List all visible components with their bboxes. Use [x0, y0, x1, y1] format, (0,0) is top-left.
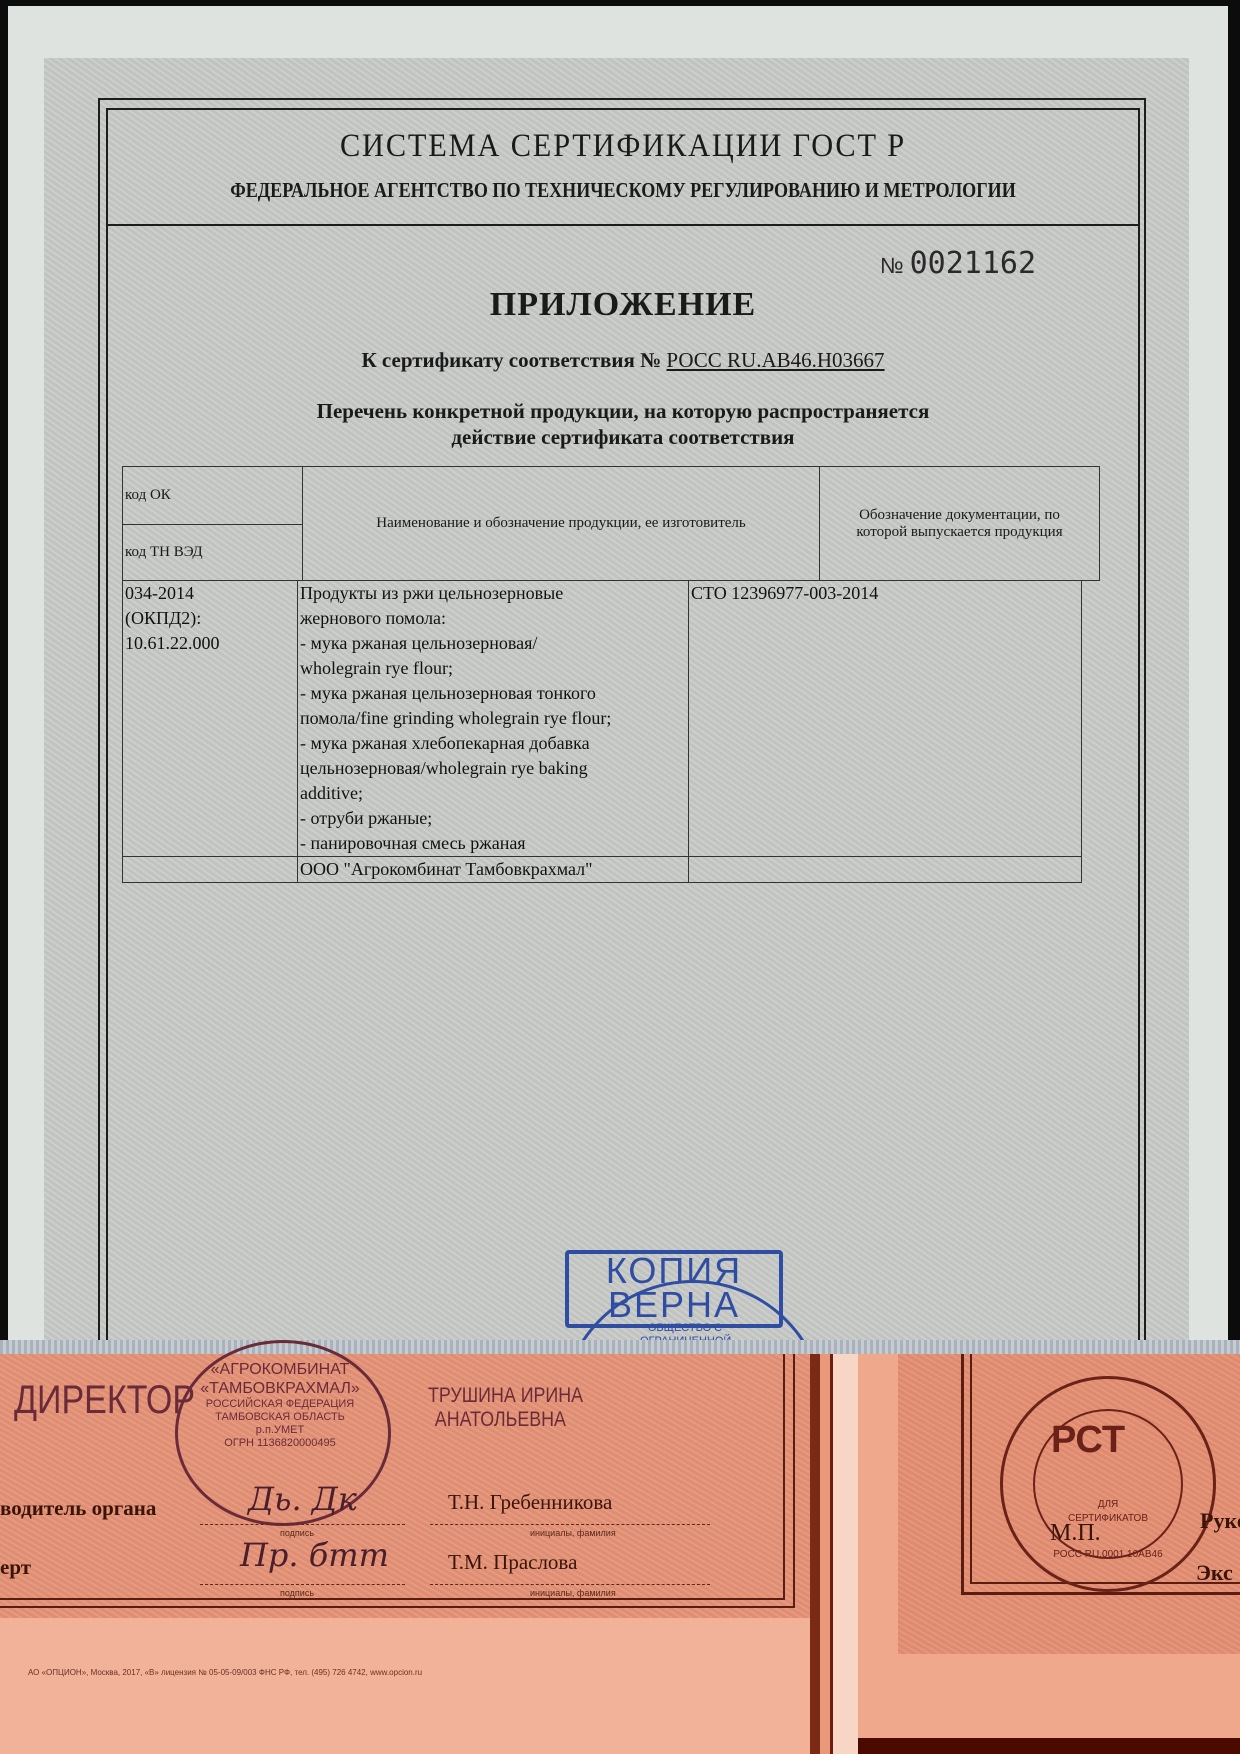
head-name-caption: инициалы, фамилия — [530, 1528, 616, 1538]
printer-footnote: АО «ОПЦИОН», Москва, 2017, «В» лицензия … — [28, 1668, 422, 1677]
head-signature: Дь. Дк — [248, 1480, 357, 1518]
product-line: - отруби ржаные; — [300, 806, 688, 831]
copy-stamp-line2: ВЕРНА — [569, 1288, 779, 1322]
head-name-line — [430, 1524, 710, 1525]
scan-glitch-band — [0, 1340, 1240, 1354]
list-title: Перечень конкретной продукции, на котору… — [106, 398, 1140, 450]
product-line: - мука ржаная хлебопекарная добавка — [300, 731, 688, 756]
company-seal-line5: р.п.УМЕТ — [185, 1424, 375, 1437]
table-row: ООО "Агрокомбинат Тамбовкрахмал" — [123, 857, 1082, 883]
company-seal-line3: РОССИЙСКАЯ ФЕДЕРАЦИЯ — [185, 1398, 375, 1411]
head-label: водитель органа — [0, 1496, 156, 1521]
director-label: ДИРЕКТОР — [14, 1378, 195, 1423]
header-product-name: Наименование и обозначение продукции, ее… — [303, 467, 820, 581]
product-line: wholegrain rye flour; — [300, 656, 688, 681]
expert-signature-caption: подпись — [280, 1588, 314, 1598]
header-code-ok: код ОК — [123, 467, 303, 525]
director-name-line2: АНАТОЛЬЕВНА — [428, 1408, 583, 1432]
certificate-ref-label: К сертификату соответствия № — [361, 348, 661, 372]
expert-name: Т.М. Праслова — [448, 1550, 577, 1575]
agency-title: ФЕДЕРАЛЬНОЕ АГЕНТСТВО ПО ТЕХНИЧЕСКОМУ РЕ… — [178, 178, 1067, 203]
certification-body-seal: РСТ ДЛЯ СЕРТИФИКАТОВ РОСС RU.0001.10АВ46 — [1000, 1376, 1216, 1592]
expert-signature: Пр. бтт — [240, 1536, 389, 1574]
company-seal-line2: «ТАМБОВКРАХМАЛ» — [185, 1379, 375, 1398]
company-seal-line1: «АГРОКОМБИНАТ — [185, 1360, 375, 1379]
copy-certified-stamp: КОПИЯ ВЕРНА — [565, 1250, 783, 1328]
expert-signature-line — [200, 1584, 405, 1585]
head-name: Т.Н. Гребенникова — [448, 1490, 612, 1515]
number-symbol: № — [880, 253, 904, 278]
company-seal-text: «АГРОКОМБИНАТ «ТАМБОВКРАХМАЛ» РОССИЙСКАЯ… — [185, 1360, 375, 1450]
products-table: 034-2014(ОКПД2):10.61.22.000 Продукты из… — [122, 580, 1082, 883]
cert-seal-for: ДЛЯ — [1003, 1499, 1213, 1510]
product-line: цельнозерновая/wholegrain rye baking — [300, 756, 688, 781]
product-line: - мука ржаная цельнозерновая тонкого — [300, 681, 688, 706]
director-name: ТРУШИНА ИРИНА АНАТОЛЬЕВНА — [428, 1384, 583, 1432]
director-name-line1: ТРУШИНА ИРИНА — [428, 1384, 583, 1408]
header-documentation: Обозначение документации, по которой вып… — [820, 467, 1100, 581]
products-table-header: код ОК Наименование и обозначение продук… — [122, 466, 1100, 581]
page-gap — [830, 1354, 861, 1754]
head-signature-line — [200, 1524, 405, 1525]
code-line: 10.61.22.000 — [125, 631, 297, 656]
code-line: (ОКПД2): — [125, 606, 297, 631]
rst-logo-icon: РСТ — [1051, 1419, 1125, 1462]
expert-label: ерт — [0, 1555, 31, 1580]
copy-stamp-line1: КОПИЯ — [569, 1254, 779, 1288]
cell-code: 034-2014(ОКПД2):10.61.22.000 — [123, 581, 298, 857]
product-line: - панировочная смесь ржаная — [300, 831, 688, 856]
product-line: помола/fine grinding wholegrain rye flou… — [300, 706, 688, 731]
expert-name-line — [430, 1584, 710, 1585]
certificate-ref-number: РОСС RU.АВ46.Н03667 — [666, 348, 884, 372]
cell-product: Продукты из ржи цельнозерновыежернового … — [298, 581, 689, 857]
cell-code — [123, 857, 298, 883]
header-box — [106, 108, 1140, 226]
form-number-value: 0021162 — [910, 246, 1036, 281]
cert-seal-certs: СЕРТИФИКАТОВ — [1003, 1513, 1213, 1524]
right-expert-label: Экс — [1196, 1560, 1233, 1586]
table-row: 034-2014(ОКПД2):10.61.22.000 Продукты из… — [123, 581, 1082, 857]
header-code-tn-ved: код ТН ВЭД — [123, 525, 303, 581]
appendix-title: ПРИЛОЖЕНИЕ — [106, 286, 1140, 324]
list-title-line1: Перечень конкретной продукции, на котору… — [106, 398, 1140, 424]
product-line: Продукты из ржи цельнозерновые — [300, 581, 688, 606]
right-head-label: Руко — [1200, 1508, 1240, 1534]
cell-documentation — [689, 857, 1082, 883]
company-seal-ogrn: ОГРН 1136820000495 — [185, 1437, 375, 1450]
company-seal-line4: ТАМБОВСКАЯ ОБЛАСТЬ — [185, 1411, 375, 1424]
list-title-line2: действие сертификата соответствия — [106, 424, 1140, 450]
cell-manufacturer: ООО "Агрокомбинат Тамбовкрахмал" — [298, 857, 689, 883]
cert-seal-code: РОСС RU.0001.10АВ46 — [1003, 1549, 1213, 1560]
product-line: - мука ржаная цельнозерновая/ — [300, 631, 688, 656]
system-title: СИСТЕМА СЕРТИФИКАЦИИ ГОСТ Р — [147, 128, 1098, 165]
code-line: 034-2014 — [125, 581, 297, 606]
form-number: №0021162 — [880, 246, 1036, 281]
expert-name-caption: инициалы, фамилия — [530, 1588, 616, 1598]
seal-place-label: М.П. — [1050, 1520, 1101, 1547]
product-line: additive; — [300, 781, 688, 806]
certificate-reference: К сертификату соответствия № РОСС RU.АВ4… — [106, 348, 1140, 373]
cell-documentation: СТО 12396977-003-2014 — [689, 581, 1082, 857]
product-line: жернового помола: — [300, 606, 688, 631]
